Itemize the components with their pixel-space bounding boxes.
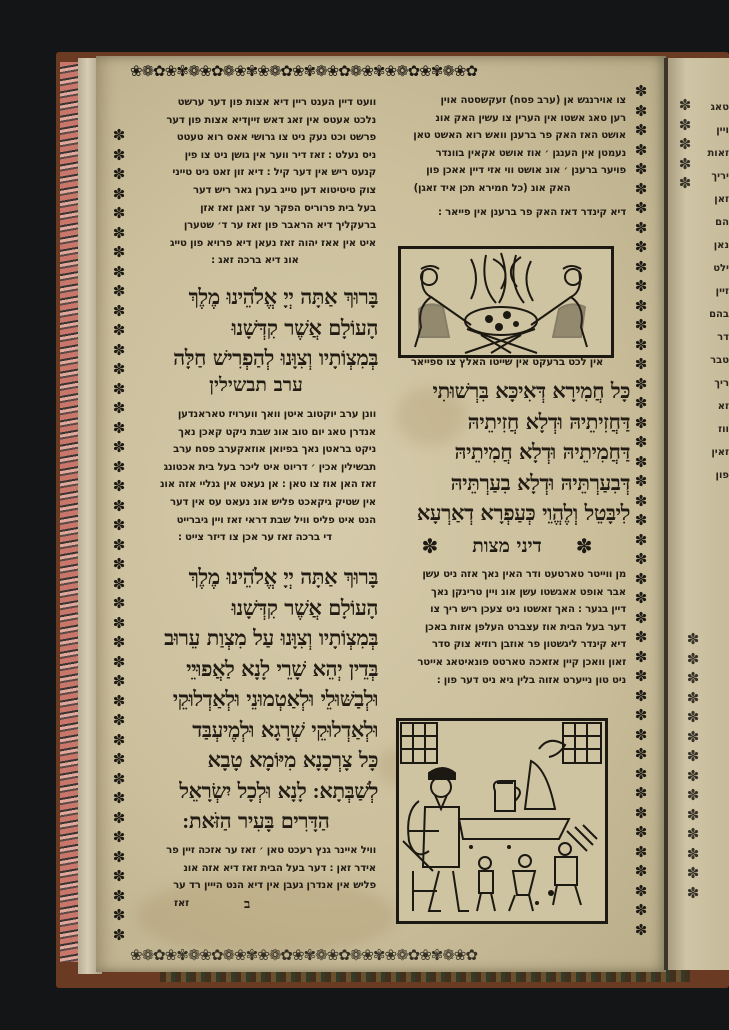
text-line: קנעט ריש אין דער קיל ׃ דיא זון זאט ניט ט… — [134, 164, 376, 182]
facing-page-fragment: זאות — [700, 146, 729, 161]
text-line: תבשילין אכין ׳ דריוט איט ליכר בעל בית אכ… — [134, 459, 376, 477]
flower-ornament-icon: ✽ — [113, 809, 126, 829]
flower-ornament-icon: ✽ — [687, 650, 700, 670]
eruv-tavshilin-heading: ערב תבשילין — [134, 374, 378, 397]
text-line: דְּבִעַרְתֵּיהּ וּדְלָא בִעַרְתֵּיהּ — [384, 468, 630, 499]
flower-ornament-icon: ✽ — [687, 825, 700, 845]
text-line: הנט איט פליס וויל שבת דראי זאז ויין גיבר… — [134, 512, 376, 530]
flower-ornament-icon: ✽ — [635, 823, 648, 843]
flower-border-left: ✽✽✽✽✽✽✽✽✽✽✽✽✽✽✽✽✽✽✽✽✽✽✽✽✽✽✽✽✽✽✽✽✽✽✽✽✽✽✽✽… — [110, 126, 128, 945]
text-line: ברעקליך דיא הראבר פון זאז ער ד׳ שטערן — [134, 217, 376, 235]
text-line: דַּחֲמִיתֵיהּ וּדְלָא חֲמִיתֵיהּ — [384, 437, 630, 468]
facing-page-fragment: זיין — [700, 284, 729, 299]
flower-ornament-icon: ✽ — [687, 708, 700, 728]
text-line: בְּדֵין יְהֵא שָׁרֵי לָנָא לַאֲפוּיֵי — [134, 654, 378, 685]
flower-ornament-icon: ✽ — [635, 277, 648, 297]
flower-ornament-icon: ✽ — [113, 731, 126, 751]
flower-ornament-icon: ✽ — [113, 653, 126, 673]
text-line: דיא קינדר דאז האק פר ברענן אין פייאר ׃ — [388, 204, 626, 222]
household-scene-illustration — [399, 721, 605, 921]
flower-ornament-icon: ✽ — [635, 706, 648, 726]
flower-ornament-icon: ✽ — [635, 628, 648, 648]
text-line: זאז — [134, 895, 376, 913]
woodcut-caption: אין לכט ברעקט אין שייטו האלץ צו ספייאר — [388, 354, 626, 372]
flower-ornament-icon: ✽ — [679, 96, 692, 116]
flower-ornament-icon: ✽ — [113, 906, 126, 926]
flower-ornament-icon: ✽ — [635, 180, 648, 200]
facing-page-fragment: דר — [700, 330, 729, 345]
text-line: אונ דיא ברכה זאג ׃ — [134, 252, 376, 270]
flower-ornament-icon: ✽ — [113, 536, 126, 556]
flower-ornament-icon: ✽ — [635, 609, 648, 629]
flower-ornament-icon: ✽ — [679, 155, 692, 175]
text-line: צו אוירנגש אן (ערב פסח) זעקשסטה אוין — [388, 92, 626, 110]
flower-ornament-icon: ✽ — [113, 711, 126, 731]
flower-ornament-icon: ✽ — [113, 867, 126, 887]
flower-ornament-icon: ✽ — [635, 336, 648, 356]
flower-ornament-icon: ✽ — [113, 516, 126, 536]
text-line: זאון וואכן קיין אזאכה טארטט פונאיטאג איי… — [388, 654, 626, 672]
flower-ornament-icon: ✽ — [113, 887, 126, 907]
flower-ornament-icon: ✽ — [635, 433, 648, 453]
text-line: הָעוֹלָם אֲשֶׁר קִדְּשָׁנוּ — [134, 593, 378, 624]
facing-page-fragment: ווז — [700, 422, 729, 437]
flower-ornament-icon: ✽ — [635, 901, 648, 921]
text-line: ניס נעלט ׃ זאז דיר ווער אין גושן ניט צו … — [134, 147, 376, 165]
signature-mark: ב — [244, 896, 250, 912]
flower-ornament-icon: ✽ — [113, 224, 126, 244]
flower-ornament-icon: ✽ — [687, 806, 700, 826]
flower-ornament-icon: ✽ — [687, 767, 700, 787]
flower-icon: ✽ — [421, 534, 438, 558]
flower-ornament-icon: ✽ — [687, 747, 700, 767]
text-line: וועט דיין הענט ריין דיא אצות פון דער ערש… — [134, 94, 376, 112]
flower-ornament-icon: ✽ — [113, 263, 126, 283]
flower-ornament-icon: ✽ — [635, 862, 648, 882]
flower-ornament-icon: ✽ — [635, 843, 648, 863]
flower-ornament-icon: ✽ — [635, 550, 648, 570]
flower-ornament-icon: ✽ — [113, 926, 126, 946]
eruv-tavshilin-text: וונן ערב יוקטוב איטן וואך ווערויז טאראנד… — [134, 406, 376, 547]
text-line: בעל בית פרוריס הפקר ער זאגן זאז אזן — [134, 200, 376, 218]
flower-ornament-icon: ✽ — [687, 728, 700, 748]
text-line: אושט האז האק פר ברענן וואש רוא האשט טאן — [388, 127, 626, 145]
flower-ornament-icon: ✽ — [113, 419, 126, 439]
flower-ornament-icon: ✽ — [635, 258, 648, 278]
text-line: ניט טון נייערט אזוה בלין גיא ניט דער פון… — [388, 672, 626, 690]
burning-chametz-illustration — [401, 249, 611, 355]
flower-ornament-icon: ✽ — [679, 135, 692, 155]
flower-ornament-icon: ✽ — [113, 594, 126, 614]
flower-ornament-icon: ✽ — [113, 302, 126, 322]
text-line: וונן ערב יוקטוב איטן וואך ווערויז טאראנד… — [134, 406, 376, 424]
flower-ornament-icon: ✽ — [113, 614, 126, 634]
flower-ornament-icon: ✽ — [113, 672, 126, 692]
flower-ornament-icon: ✽ — [687, 845, 700, 865]
flower-ornament-icon: ✽ — [635, 492, 648, 512]
text-line: בָּרוּךְ אַתָּה יְיָ אֱלֹהֵינוּ מֶלֶךְ — [134, 562, 378, 593]
flower-ornament-icon: ✽ — [635, 375, 648, 395]
flower-ornament-icon: ✽ — [635, 238, 648, 258]
text-line: זאז האן אוז צו טאן ׃ אן נעאט אין גנליי א… — [134, 476, 376, 494]
flower-ornament-icon: ✽ — [635, 316, 648, 336]
flower-ornament-icon: ✽ — [113, 438, 126, 458]
flower-ornament-icon: ✽ — [113, 458, 126, 478]
facing-page-fragment: טאג — [700, 100, 729, 115]
facing-page-fragment: יריך — [700, 169, 729, 184]
flower-ornament-icon: ✽ — [635, 394, 648, 414]
facing-page-fragment: ויין — [700, 123, 729, 138]
flower-ornament-icon: ✽ — [635, 199, 648, 219]
flower-ornament-icon: ✽ — [113, 633, 126, 653]
flower-ornament-icon: ✽ — [635, 219, 648, 239]
flower-ornament-icon: ✽ — [687, 669, 700, 689]
flower-ornament-icon: ✽ — [113, 321, 126, 341]
facing-page-text: טאגוייןזאותיריךזאןהםנאןילטזייןבהםדרטבררי… — [700, 100, 729, 491]
text-line: כָּל צָרְכָנָא מִיּוֹמָא טָבָא — [134, 745, 378, 776]
caption-text: אין לכט ברעקט אין שייטו האלץ צו ספייאר — [388, 354, 626, 372]
text-line: אין שטיק גיקאכט פליש אונ נעאט עס אין דער — [134, 494, 376, 512]
flower-ornament-icon: ✽ — [113, 165, 126, 185]
woodcut-household-scene — [396, 718, 608, 924]
facing-page-fragment: בהם — [700, 307, 729, 322]
flower-ornament-icon: ✽ — [113, 555, 126, 575]
text-line: בָּרוּךְ אַתָּה יְיָ אֱלֹהֵינוּ מֶלֶךְ — [134, 282, 378, 313]
flower-ornament-icon: ✽ — [635, 160, 648, 180]
text-line: פליש אין אנדרן געבן אין דיא הנט הייין רד… — [134, 877, 376, 895]
flower-ornament-icon: ✽ — [113, 185, 126, 205]
flower-ornament-icon: ✽ — [687, 864, 700, 884]
flower-ornament-icon: ✽ — [635, 784, 648, 804]
flower-ornament-icon: ✽ — [113, 848, 126, 868]
flower-ornament-icon: ✽ — [635, 511, 648, 531]
text-line: אידר זאן ׃ דער בעל הבית זאז דיא אזה אונ — [134, 860, 376, 878]
flower-ornament-icon: ✽ — [113, 146, 126, 166]
flower-ornament-icon: ✽ — [635, 531, 648, 551]
text-line: פרשט וכט נעק ניט צו גרושי אאס רוא טעטט — [134, 129, 376, 147]
ornamental-border-bottom: ❀❁✿❀✾❁❀✿❁❀✾❀❁✿❀✾❁❀✿❁❀✾❀❁✿❀✾❁❀✿ — [130, 944, 650, 966]
flower-ornament-icon: ✽ — [635, 82, 648, 102]
flower-ornament-icon: ✽ — [679, 116, 692, 136]
flower-ornament-icon: ✽ — [687, 884, 700, 904]
marbled-endpaper — [60, 62, 78, 962]
kol-chamira-text: כָּל חֲמִירָא דְּאִיכָּא בִּרְשׁוּתִי דַ… — [384, 376, 630, 529]
flower-ornament-icon: ✽ — [635, 921, 648, 941]
text-line: פויער ברענן ׳ אונ אושט ווי אזי דיין אאכן… — [388, 162, 626, 180]
flower-ornament-icon: ✽ — [113, 575, 126, 595]
flower-ornament-icon: ✽ — [635, 726, 648, 746]
flower-ornament-icon: ✽ — [635, 472, 648, 492]
flower-ornament-icon: ✽ — [635, 141, 648, 161]
text-line: הַדָּרִים בָּעִיר הַזֹּאת ׃ — [134, 806, 378, 837]
flower-ornament-icon: ✽ — [113, 477, 126, 497]
facing-page-fragment: טבר — [700, 353, 729, 368]
text-line: בְּמִצְוֹתָיו וְצִוָּנוּ לְהַפְרִישׁ חַל… — [134, 343, 378, 374]
flower-border-right: ✽✽✽✽✽✽✽✽✽✽✽✽✽✽✽✽✽✽✽✽✽✽✽✽✽✽✽✽✽✽✽✽✽✽✽✽✽✽✽✽… — [632, 82, 650, 940]
facing-page-fragment: זאין — [700, 445, 729, 460]
flower-border-facing-bottom: ✽✽✽✽✽✽✽✽✽✽✽✽✽✽ — [684, 630, 702, 903]
flower-ornament-icon: ✽ — [113, 750, 126, 770]
flower-ornament-icon: ✽ — [687, 630, 700, 650]
flower-border-facing-top: ✽✽✽✽✽ — [676, 96, 694, 194]
closing-text: וויל איינר גנץ רעכט טאן ׳ זאז ער אזכה זי… — [134, 842, 376, 912]
flower-ornament-icon: ✽ — [113, 360, 126, 380]
flower-ornament-icon: ✽ — [113, 126, 126, 146]
flower-ornament-icon: ✽ — [113, 770, 126, 790]
text-line: וּלְבַשּׁוּלֵי וּלְאַטְמוּנֵי וּלְאַדְלו… — [134, 684, 378, 715]
text-line: צוק טיטיטוא דען טייג בערן גאר ריש דער — [134, 182, 376, 200]
text-line: דיא קינדר ליגשטון פר אוזבן רוזיא צוק סדר — [388, 636, 626, 654]
left-intro-text: וועט דיין הענט ריין דיא אצות פון דער ערש… — [134, 94, 376, 270]
text-line: נעמטן אין הענגן ׳ אוז אושט אקאין בוונדר — [388, 145, 626, 163]
text-line: נלכט אעטס אין זאג דאש זייןדיא אצות פון ד… — [134, 112, 376, 130]
text-line: וּלְאַדְלוּקֵי שְׁרָגָא וּלְמֶיעְבַּד — [134, 715, 378, 746]
text-line: דיין בגער ׃ האך זאשטו ניט צעכן ריש ריך צ… — [388, 601, 626, 619]
text-line: בְּמִצְוֹתָיו וְצִוָּנוּ עַל מִצְוַת עֵר… — [134, 623, 378, 654]
text-line: לְשַׁבְּתָא ׃ לָנָא וּלְכָל יִשְׂרָאֵל — [134, 776, 378, 807]
flower-ornament-icon: ✽ — [635, 453, 648, 473]
facing-page-fragment: זאן — [700, 192, 729, 207]
text-line: דער בעל הבית אוז עצברט העלפן אזות באכן — [388, 619, 626, 637]
facing-page-fragment: נאן — [700, 238, 729, 253]
flower-ornament-icon: ✽ — [687, 786, 700, 806]
flower-ornament-icon: ✽ — [635, 414, 648, 434]
text-line: האק אונ (כל חמירא תכן איד זאגן) — [388, 180, 626, 198]
text-line: מן ווייטר טארטעט ודר האין נאך אזה ניט עש… — [388, 566, 626, 584]
flower-ornament-icon: ✽ — [113, 341, 126, 361]
flower-ornament-icon: ✽ — [679, 174, 692, 194]
flower-ornament-icon: ✽ — [113, 692, 126, 712]
flower-ornament-icon: ✽ — [113, 828, 126, 848]
flower-icon: ✽ — [576, 534, 593, 558]
right-intro-text: צו אוירנגש אן (ערב פסח) זעקשסטה אוין רען… — [388, 92, 626, 221]
dinei-matzot-text: מן ווייטר טארטעט ודר האין נאך אזה ניט עש… — [388, 566, 626, 689]
text-line: דַּחֲזִיתֵיהּ וּדְלָא חֲזִיתֵיהּ — [384, 407, 630, 438]
flower-ornament-icon: ✽ — [113, 282, 126, 302]
flower-ornament-icon: ✽ — [113, 204, 126, 224]
flower-ornament-icon: ✽ — [635, 667, 648, 687]
text-line: אנדרן טאג יום טוב אונ שבת ניקט קאכן נאך — [134, 424, 376, 442]
flower-ornament-icon: ✽ — [635, 355, 648, 375]
text-line: רען טאג אשטו אין הערין צו עשין האק אונ — [388, 110, 626, 128]
flower-ornament-icon: ✽ — [635, 804, 648, 824]
facing-page-fragment: ריך — [700, 376, 729, 391]
flower-ornament-icon: ✽ — [113, 243, 126, 263]
text-line: אבר אופט אאגשטו עשן אונ ויין טרינקן נאך — [388, 584, 626, 602]
text-line: ניקט בראטן נאך בפיואן אוזאקערב פסח ערב — [134, 441, 376, 459]
flower-ornament-icon: ✽ — [635, 102, 648, 122]
ornamental-border-top: ❀❁✿❀✾❁❀✿❁❀✾❀❁✿❀✾❁❀✿❁❀✾❀❁✿❀✾❁❀✿ — [130, 60, 650, 82]
flower-ornament-icon: ✽ — [113, 497, 126, 517]
flower-ornament-icon: ✽ — [113, 399, 126, 419]
text-line: איט אין אאז יהוה זאז נעאן דיא פרויא פון … — [134, 235, 376, 253]
flower-ornament-icon: ✽ — [635, 687, 648, 707]
flower-ornament-icon: ✽ — [687, 689, 700, 709]
woodcut-burning-chametz — [398, 246, 614, 358]
flower-ornament-icon: ✽ — [635, 570, 648, 590]
flower-ornament-icon: ✽ — [635, 882, 648, 902]
flower-ornament-icon: ✽ — [635, 648, 648, 668]
facing-page-fragment: הם — [700, 215, 729, 230]
flower-ornament-icon: ✽ — [113, 380, 126, 400]
challah-blessing: בָּרוּךְ אַתָּה יְיָ אֱלֹהֵינוּ מֶלֶךְ ה… — [134, 282, 378, 374]
flower-ornament-icon: ✽ — [635, 297, 648, 317]
section-heading: דיני מצות — [472, 535, 542, 558]
text-line: כָּל חֲמִירָא דְּאִיכָּא בִּרְשׁוּתִי — [384, 376, 630, 407]
text-line: הָעוֹלָם אֲשֶׁר קִדְּשָׁנוּ — [134, 313, 378, 344]
dinei-matzot-heading-row: ✽ דיני מצות ✽ — [384, 534, 630, 558]
text-line: לִיבָּטֵל וְלֶהֱוֵי כְּעַפְרָא דְאַרְעָא — [384, 498, 630, 529]
eruv-blessing: בָּרוּךְ אַתָּה יְיָ אֱלֹהֵינוּ מֶלֶךְ ה… — [134, 562, 378, 837]
text-line: די ברכה זאז ער אכן צו דיזר צייט ׃ — [134, 529, 376, 547]
facing-page-fragment: זא — [700, 399, 729, 414]
flower-ornament-icon: ✽ — [635, 589, 648, 609]
facing-page-fragment: ילט — [700, 261, 729, 276]
flower-ornament-icon: ✽ — [113, 789, 126, 809]
flower-ornament-icon: ✽ — [635, 745, 648, 765]
text-line: וויל איינר גנץ רעכט טאן ׳ זאז ער אזכה זי… — [134, 842, 376, 860]
flower-ornament-icon: ✽ — [635, 121, 648, 141]
facing-page-fragment: פון — [700, 468, 729, 483]
flower-ornament-icon: ✽ — [635, 765, 648, 785]
